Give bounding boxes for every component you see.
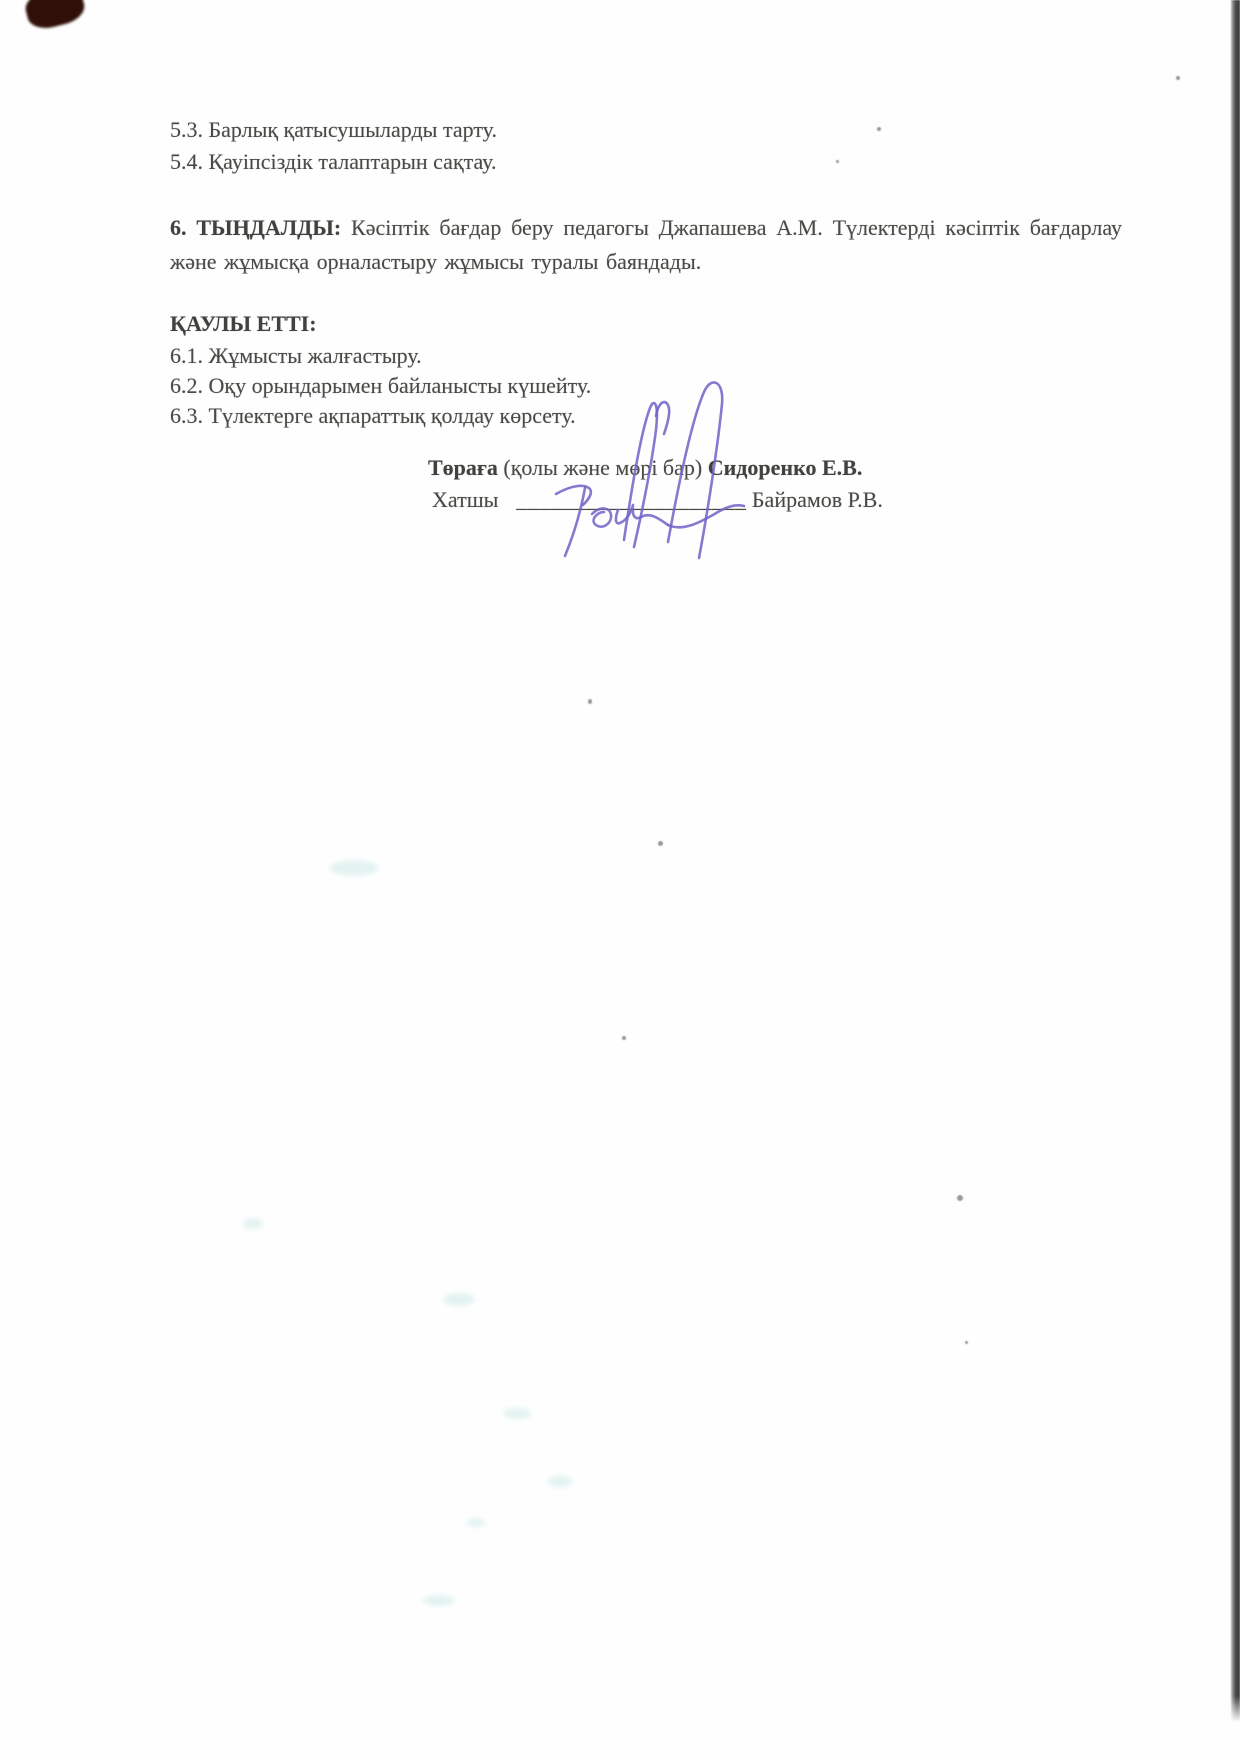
secretary-title: Хатшы — [432, 487, 498, 512]
scan-speck — [622, 1036, 626, 1040]
scan-smudge — [503, 1408, 531, 1419]
scan-speck — [1176, 76, 1180, 80]
clause-5-3: 5.3. Барлық қатысушыларды тарту. — [170, 114, 497, 146]
chair-title: Төраға — [428, 455, 498, 480]
clause-5-4: 5.4. Қауіпсіздік талаптарын сақтау. — [170, 146, 496, 178]
resolution-item-6-3: 6.3. Түлектерге ақпараттық қолдау көрсет… — [170, 401, 591, 431]
resolution-item-6-2: 6.2. Оқу орындарымен байланысты күшейту. — [170, 371, 591, 401]
signature-strokes — [556, 382, 744, 558]
scanned-document-page: 5.3. Барлық қатысушыларды тарту. 5.4. Қа… — [0, 0, 1240, 1755]
scan-smudge — [423, 1595, 455, 1606]
scan-corner-artifact — [22, 0, 87, 32]
resolution-item-6-1: 6.1. Жұмысты жалғастыру. — [170, 341, 591, 371]
heard-paragraph: 6. ТЫҢДАЛДЫ: Кәсіптік бағдар беру педаго… — [170, 211, 1122, 279]
scan-edge-shadow — [1231, 0, 1240, 1722]
scan-speck — [877, 127, 881, 131]
scan-speck — [965, 1341, 968, 1344]
heard-label: 6. ТЫҢДАЛДЫ: — [170, 215, 341, 240]
scan-speck — [836, 160, 839, 163]
handwritten-signature — [538, 372, 773, 572]
clause-text: 5.4. Қауіпсіздік талаптарын сақтау. — [170, 149, 496, 174]
resolution-heading: ҚАУЛЫ ЕТТІ: — [170, 308, 317, 340]
scan-smudge — [548, 1476, 572, 1487]
scan-smudge — [330, 860, 378, 876]
scan-speck — [588, 699, 592, 704]
scan-speck — [658, 841, 663, 846]
scan-speck — [957, 1195, 963, 1201]
scan-smudge — [243, 1218, 263, 1229]
clause-text: 5.3. Барлық қатысушыларды тарту. — [170, 117, 497, 142]
scan-smudge — [467, 1518, 485, 1527]
resolution-items: 6.1. Жұмысты жалғастыру. 6.2. Оқу орында… — [170, 341, 591, 431]
scan-smudge — [443, 1293, 475, 1306]
